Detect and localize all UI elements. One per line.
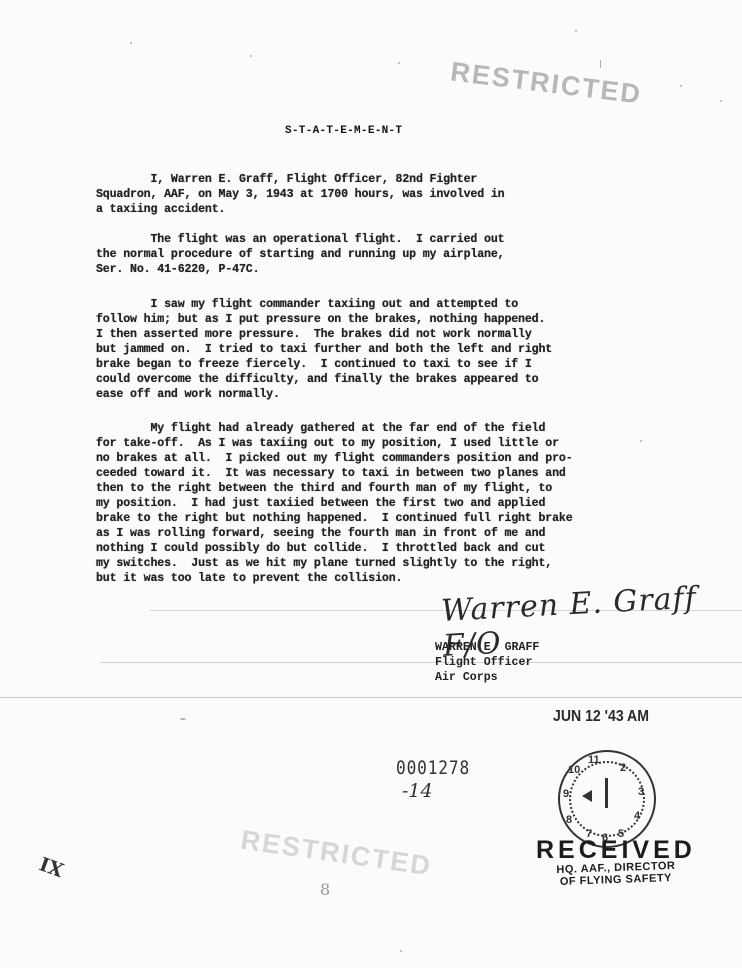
file-number: 0001278 <box>396 757 470 779</box>
clock-stamp-icon: 11 2 3 4 5 6 7 8 9 10 <box>558 750 656 848</box>
pencil-mark: 8 <box>320 880 330 899</box>
body-line: my position. I had just taxiied between … <box>96 497 545 511</box>
body-line: no brakes at all. I picked out my flight… <box>96 452 573 466</box>
body-line: the normal procedure of starting and run… <box>96 248 504 262</box>
body-line: follow him; but as I put pressure on the… <box>96 313 545 327</box>
body-line: Squadron, AAF, on May 3, 1943 at 1700 ho… <box>96 188 504 202</box>
scan-line <box>100 662 742 663</box>
body-line: Ser. No. 41-6220, P-47C. <box>96 263 259 277</box>
body-line: My flight had already gathered at the fa… <box>96 422 545 436</box>
body-line: but jammed on. I tried to taxi further a… <box>96 343 552 357</box>
restricted-stamp-top: RESTRICTED <box>449 56 644 110</box>
signatory-name: WARREN E. GRAFF <box>435 640 539 655</box>
body-line: then to the right between the third and … <box>96 482 552 496</box>
received-stamp: RECEIVED HQ. AAF., DIRECTOR OF FLYING SA… <box>536 838 696 886</box>
scan-line <box>0 697 742 698</box>
file-sub-number: -14 <box>402 780 433 802</box>
body-line: ceeded toward it. It was necessary to ta… <box>96 467 566 481</box>
restricted-stamp-bottom: RESTRICTED <box>239 825 434 882</box>
body-line: I, Warren E. Graff, Flight Officer, 82nd… <box>96 173 477 187</box>
body-line: a taxiing accident. <box>96 203 225 217</box>
body-line: The flight was an operational flight. I … <box>96 233 504 247</box>
body-line: nothing I could possibly do but collide.… <box>96 542 545 556</box>
body-line: my switches. Just as we hit my plane tur… <box>96 557 552 571</box>
body-line: I saw my flight commander taxiing out an… <box>96 298 518 312</box>
body-line: as I was rolling forward, seeing the fou… <box>96 527 545 541</box>
signatory-rank: Flight Officer <box>435 655 532 670</box>
document-page: RESTRICTED S-T-A-T-E-M-E-N-T I, Warren E… <box>0 0 742 968</box>
body-line: ease off and work normally. <box>96 388 280 402</box>
body-line: brake began to freeze fiercely. I contin… <box>96 358 532 372</box>
document-title: S-T-A-T-E-M-E-N-T <box>285 125 402 137</box>
body-line: but it was too late to prevent the colli… <box>96 572 402 586</box>
margin-mark: XI <box>37 852 67 881</box>
clock-hand <box>582 790 592 802</box>
clock-hand <box>605 778 608 808</box>
body-line: could overcome the difficulty, and final… <box>96 373 538 387</box>
body-line: brake to the right but nothing happened.… <box>96 512 573 526</box>
body-line: I then asserted more pressure. The brake… <box>96 328 532 342</box>
signatory-branch: Air Corps <box>435 670 498 685</box>
body-line: for take-off. As I was taxiing out to my… <box>96 437 559 451</box>
date-received-stamp: JUN 12 '43 AM <box>553 708 649 726</box>
